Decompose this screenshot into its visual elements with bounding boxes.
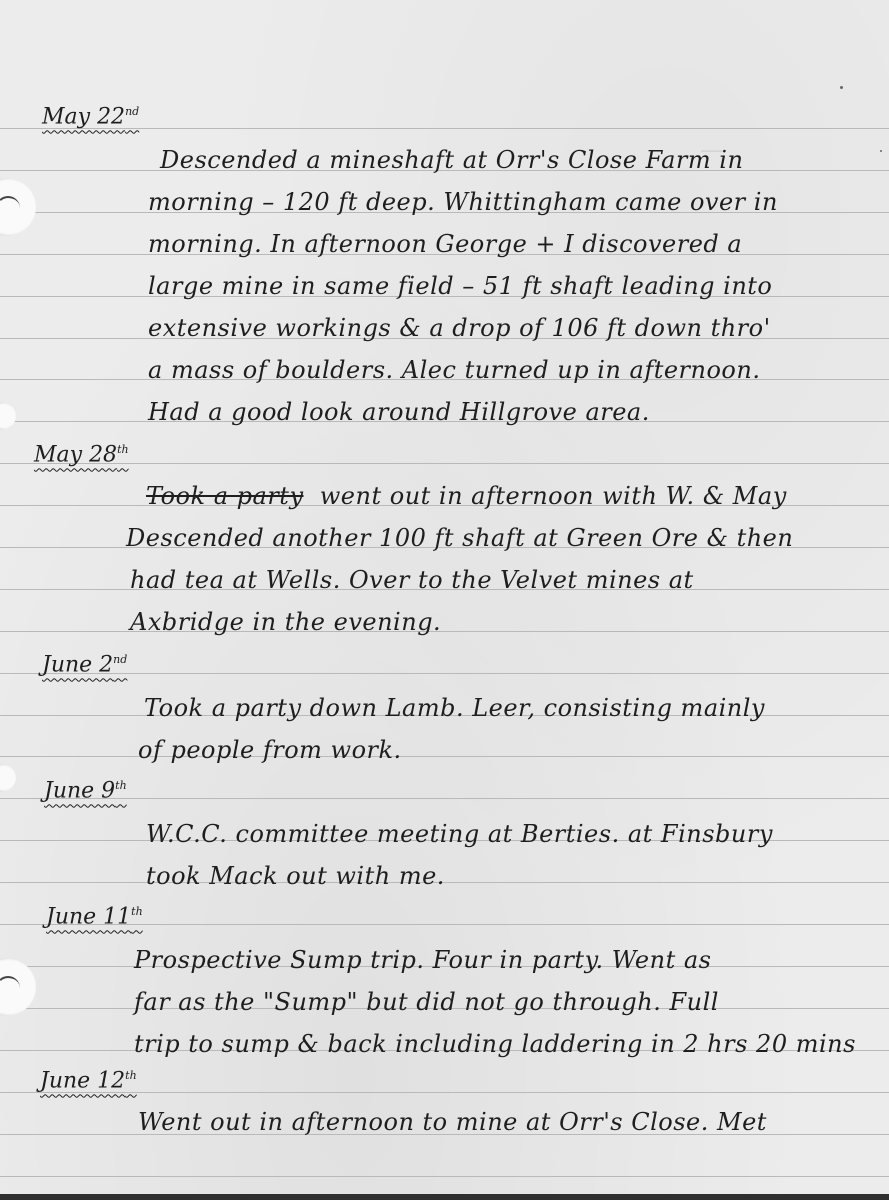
entry-line: morning. In afternoon George + I discove… bbox=[148, 232, 742, 256]
entry-date: June 9th bbox=[44, 780, 127, 802]
entry-line: a mass of boulders. Alec turned up in af… bbox=[148, 358, 760, 382]
punch-hole bbox=[0, 402, 16, 430]
paper-speck bbox=[840, 86, 843, 89]
entry-date: June 2nd bbox=[42, 654, 127, 676]
diary-page: — May 22nd Descended a mineshaft at Orr'… bbox=[0, 0, 889, 1194]
entry-line: trip to sump & back including laddering … bbox=[134, 1032, 856, 1056]
entry-line: morning – 120 ft deep. Whittingham came … bbox=[148, 190, 778, 214]
ruled-line bbox=[0, 756, 889, 757]
struck-text: Took a party bbox=[146, 482, 304, 510]
ruled-line bbox=[0, 673, 889, 674]
entry-line: extensive workings & a drop of 106 ft do… bbox=[148, 316, 771, 340]
entry-line: Prospective Sump trip. Four in party. We… bbox=[134, 948, 711, 972]
entry-line: took Mack out with me. bbox=[146, 864, 445, 888]
punch-hole bbox=[0, 764, 16, 792]
entry-line: W.C.C. committee meeting at Berties. at … bbox=[146, 822, 773, 846]
ruled-line bbox=[0, 798, 889, 799]
page-bottom-edge bbox=[0, 1194, 889, 1200]
entry-date: May 22nd bbox=[42, 106, 139, 128]
entry-line: had tea at Wells. Over to the Velvet min… bbox=[130, 568, 694, 592]
ruled-line bbox=[0, 463, 889, 464]
entry-line: large mine in same field – 51 ft shaft l… bbox=[148, 274, 772, 298]
entry-line: of people from work. bbox=[138, 738, 402, 762]
punch-hole bbox=[0, 178, 36, 236]
entry-line: Took a party went out in afternoon with … bbox=[146, 484, 787, 508]
entry-date: June 11th bbox=[46, 906, 143, 928]
entry-line: Descended another 100 ft shaft at Green … bbox=[126, 526, 793, 550]
entry-date: May 28th bbox=[34, 444, 129, 466]
entry-line: Axbridge in the evening. bbox=[130, 610, 441, 634]
entry-line: far as the "Sump" but did not go through… bbox=[134, 990, 719, 1014]
entry-line: Descended a mineshaft at Orr's Close Far… bbox=[160, 148, 743, 172]
entry-date: June 12th bbox=[40, 1070, 137, 1092]
entry-line: Went out in afternoon to mine at Orr's C… bbox=[138, 1110, 767, 1134]
paper-speck bbox=[880, 150, 882, 152]
ruled-line bbox=[0, 1176, 889, 1177]
entry-line: Took a party down Lamb. Leer, consisting… bbox=[144, 696, 765, 720]
entry-line: Had a good look around Hillgrove area. bbox=[148, 400, 650, 424]
